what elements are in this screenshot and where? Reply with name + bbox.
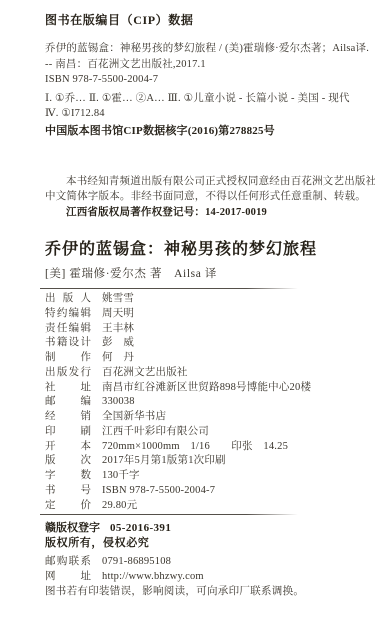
imprint-row: 出版发行百花洲文艺出版社 <box>45 366 353 381</box>
imprint-table: 出版人姚雪雪 特约编辑周天明 责任编辑王丰林 书籍设计彭 威 制作何 丹 出版发… <box>45 292 353 513</box>
imprint-label: 责任编辑 <box>45 322 91 337</box>
province-registration-line: 赣版权登字 05-2016-391 <box>45 521 353 536</box>
cip-publisher-line: -- 南昌：百花洲文艺出版社,2017.1 <box>45 57 353 73</box>
imprint-label: 版次 <box>45 454 91 469</box>
imprint-value: 江西千叶彩印有限公司 <box>102 425 209 440</box>
imprint-row: 印刷江西千叶彩印有限公司 <box>45 425 353 440</box>
contact-row: 邮购联系0791-86895108 <box>45 554 353 569</box>
contact-label: 网址 <box>45 569 91 584</box>
imprint-row: 责任编辑王丰林 <box>45 322 353 337</box>
divider-rule-top <box>40 288 298 289</box>
contact-label: 邮购联系 <box>45 554 91 569</box>
imprint-value: 彭 威 <box>102 336 134 351</box>
imprint-value: 29.80元 <box>102 499 137 514</box>
license-line: 本书经知青频道出版有限公司正式授权同意经由百花洲文艺出版社出版 <box>45 174 353 190</box>
imprint-label: 制作 <box>45 351 91 366</box>
province-registration-label: 赣版权登字 <box>45 521 100 536</box>
imprint-row: 书籍设计彭 威 <box>45 336 353 351</box>
imprint-value: 何 丹 <box>102 351 134 366</box>
imprint-row: 出版人姚雪雪 <box>45 292 353 307</box>
imprint-value: 330038 <box>102 395 135 410</box>
book-title: 乔伊的蓝锡盒：神秘男孩的梦幻旅程 <box>45 240 353 260</box>
cip-title-line: 乔伊的蓝锡盒：神秘男孩的梦幻旅程 / (美)霍瑞修·爱尔杰著；Ailsa译. <box>45 41 353 57</box>
contact-block: 邮购联系0791-86895108 网址http://www.bhzwy.com <box>45 554 353 584</box>
misprint-exchange-note: 图书若有印装错误，影响阅读，可向承印厂联系调换。 <box>45 584 353 599</box>
imprint-label: 经销 <box>45 410 91 425</box>
divider-rule-bottom <box>40 514 298 515</box>
imprint-label: 书籍设计 <box>45 336 91 351</box>
imprint-label: 出版人 <box>45 292 91 307</box>
imprint-label: 字数 <box>45 469 91 484</box>
imprint-row: 制作何 丹 <box>45 351 353 366</box>
cip-classification-block: Ⅰ. ①乔… Ⅱ. ①霍… ②A… Ⅲ. ①儿童小说 - 长篇小说 - 美国 -… <box>45 91 353 122</box>
imprint-value: 南昌市红谷滩新区世贸路898号博能中心20楼 <box>102 381 311 396</box>
imprint-label: 社址 <box>45 381 91 396</box>
imprint-value: 720mm×1000mm 1/16 印张 14.25 <box>102 440 288 455</box>
contact-row: 网址http://www.bhzwy.com <box>45 569 353 584</box>
cip-header: 图书在版编目（CIP）数据 <box>45 13 353 27</box>
cip-isbn-line: ISBN 978-7-5500-2004-7 <box>45 72 353 88</box>
imprint-row: 社址南昌市红谷滩新区世贸路898号博能中心20楼 <box>45 381 353 396</box>
cip-data-block: 乔伊的蓝锡盒：神秘男孩的梦幻旅程 / (美)霍瑞修·爱尔杰著；Ailsa译. -… <box>45 41 353 88</box>
imprint-label: 定价 <box>45 499 91 514</box>
imprint-value: 130千字 <box>102 469 140 484</box>
imprint-label: 书号 <box>45 484 91 499</box>
imprint-row: 特约编辑周天明 <box>45 307 353 322</box>
imprint-value: 全国新华书店 <box>102 410 166 425</box>
license-line: 中文简体字版本。非经书面同意，不得以任何形式任意重制、转载。 <box>45 189 353 205</box>
imprint-label: 印刷 <box>45 425 91 440</box>
imprint-row: 定价29.80元 <box>45 499 353 514</box>
imprint-row: 邮编330038 <box>45 395 353 410</box>
license-notice-block: 本书经知青频道出版有限公司正式授权同意经由百花洲文艺出版社出版 中文简体字版本。… <box>45 174 353 205</box>
contact-phone: 0791-86895108 <box>102 554 171 569</box>
imprint-label: 开本 <box>45 440 91 455</box>
imprint-row: 经销全国新华书店 <box>45 410 353 425</box>
imprint-value: 姚雪雪 <box>102 292 134 307</box>
rights-reserved-line: 版权所有，侵权必究 <box>45 536 353 551</box>
author-translator-line: [美] 霍瑞修·爱尔杰 著 Ailsa 译 <box>45 267 353 281</box>
imprint-label: 邮编 <box>45 395 91 410</box>
copyright-registration-number: 江西省版权局著作权登记号：14-2017-0019 <box>45 205 353 221</box>
cip-record-number: 中国版本图书馆CIP数据核字(2016)第278825号 <box>45 124 353 139</box>
imprint-row: 字数130千字 <box>45 469 353 484</box>
imprint-label: 特约编辑 <box>45 307 91 322</box>
classification-line: Ⅰ. ①乔… Ⅱ. ①霍… ②A… Ⅲ. ①儿童小说 - 长篇小说 - 美国 -… <box>45 91 353 107</box>
imprint-value: 王丰林 <box>102 322 134 337</box>
copyright-page: 图书在版编目（CIP）数据 乔伊的蓝锡盒：神秘男孩的梦幻旅程 / (美)霍瑞修·… <box>0 0 375 630</box>
imprint-label: 出版发行 <box>45 366 91 381</box>
imprint-value: ISBN 978-7-5500-2004-7 <box>102 484 215 499</box>
imprint-row: 开本720mm×1000mm 1/16 印张 14.25 <box>45 440 353 455</box>
imprint-value: 周天明 <box>102 307 134 322</box>
classification-line: Ⅳ. ①I712.84 <box>45 106 353 122</box>
imprint-value: 百花洲文艺出版社 <box>102 366 188 381</box>
imprint-value: 2017年5月第1版第1次印刷 <box>102 454 226 469</box>
contact-website: http://www.bhzwy.com <box>102 569 204 584</box>
imprint-row: 版次2017年5月第1版第1次印刷 <box>45 454 353 469</box>
imprint-row: 书号ISBN 978-7-5500-2004-7 <box>45 484 353 499</box>
province-registration-value: 05-2016-391 <box>110 521 171 536</box>
